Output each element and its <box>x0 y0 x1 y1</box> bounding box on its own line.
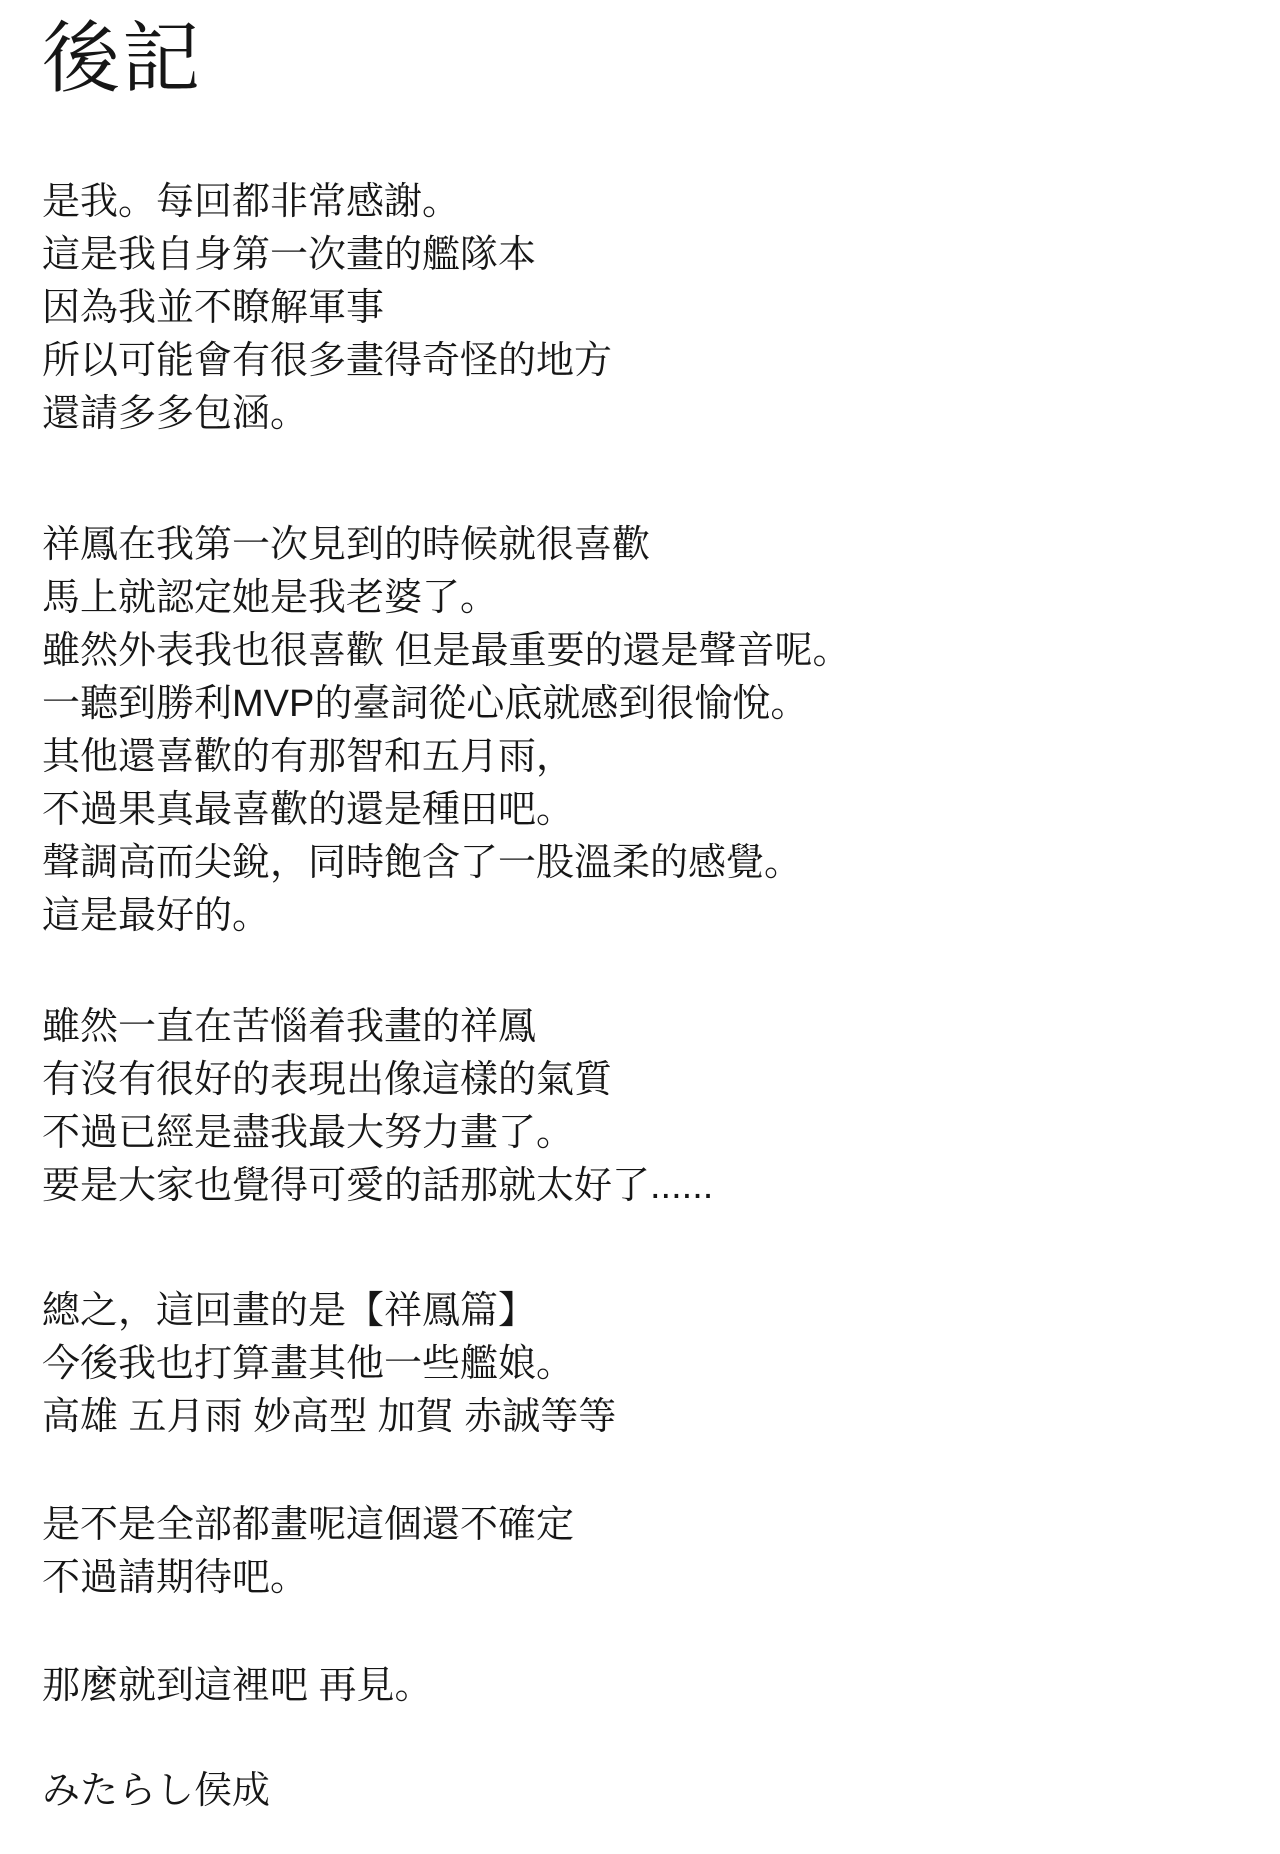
paragraph-farewell: 那麼就到這裡吧 再見。 <box>42 1660 1240 1713</box>
text-line: 有沒有很好的表現出像這樣的氣質 <box>42 1054 1240 1107</box>
text-line: 雖然一直在苦惱着我畫的祥鳳 <box>42 1001 1240 1054</box>
text-line: 所以可能會有很多畫得奇怪的地方 <box>42 335 1240 388</box>
text-line: 這是最好的。 <box>42 890 1240 943</box>
text-line: 還請多多包涵。 <box>42 388 1240 441</box>
text-line: 是我。每回都非常感謝。 <box>42 176 1240 229</box>
text-line: 要是大家也覺得可愛的話那就太好了...... <box>42 1160 1240 1213</box>
text-line: 雖然外表我也很喜歡 但是最重要的還是聲音呢。 <box>42 625 1240 678</box>
afterword-page: 後記 是我。每回都非常感謝。 這是我自身第一次畫的艦隊本 因為我並不瞭解軍事 所… <box>0 0 1280 1854</box>
text-line: 總之，這回畫的是【祥鳳篇】 <box>42 1285 1240 1338</box>
text-line: 祥鳳在我第一次見到的時候就很喜歡 <box>42 519 1240 572</box>
text-line: 因為我並不瞭解軍事 <box>42 282 1240 335</box>
text-line: 不過已經是盡我最大努力畫了。 <box>42 1107 1240 1160</box>
page-title: 後記 <box>42 14 1240 104</box>
paragraph-intro: 是我。每回都非常感謝。 這是我自身第一次畫的艦隊本 因為我並不瞭解軍事 所以可能… <box>42 176 1240 441</box>
text-line: 那麼就到這裡吧 再見。 <box>42 1660 1240 1713</box>
paragraph-future-plans: 總之，這回畫的是【祥鳳篇】 今後我也打算畫其他一些艦娘。 高雄 五月雨 妙高型 … <box>42 1285 1240 1444</box>
author-signature: みたらし侯成 <box>42 1765 1240 1818</box>
text-line: 不過果真最喜歡的還是種田吧。 <box>42 784 1240 837</box>
text-line: 高雄 五月雨 妙高型 加賀 赤誠等等 <box>42 1391 1240 1444</box>
text-line: 一聽到勝利MVP的臺詞從心底就感到很愉悅。 <box>42 678 1240 731</box>
paragraph-worries: 雖然一直在苦惱着我畫的祥鳳 有沒有很好的表現出像這樣的氣質 不過已經是盡我最大努… <box>42 1001 1240 1213</box>
text-line: 是不是全部都畫呢這個還不確定 <box>42 1499 1240 1552</box>
text-line: 今後我也打算畫其他一些艦娘。 <box>42 1338 1240 1391</box>
paragraph-shouhou: 祥鳳在我第一次見到的時候就很喜歡 馬上就認定她是我老婆了。 雖然外表我也很喜歡 … <box>42 519 1240 943</box>
text-line: 聲調高而尖銳，同時飽含了一股溫柔的感覺。 <box>42 837 1240 890</box>
text-line: 不過請期待吧。 <box>42 1552 1240 1605</box>
text-line: 馬上就認定她是我老婆了。 <box>42 572 1240 625</box>
text-line: 其他還喜歡的有那智和五月雨， <box>42 731 1240 784</box>
text-line: 這是我自身第一次畫的艦隊本 <box>42 229 1240 282</box>
paragraph-uncertain: 是不是全部都畫呢這個還不確定 不過請期待吧。 <box>42 1499 1240 1605</box>
